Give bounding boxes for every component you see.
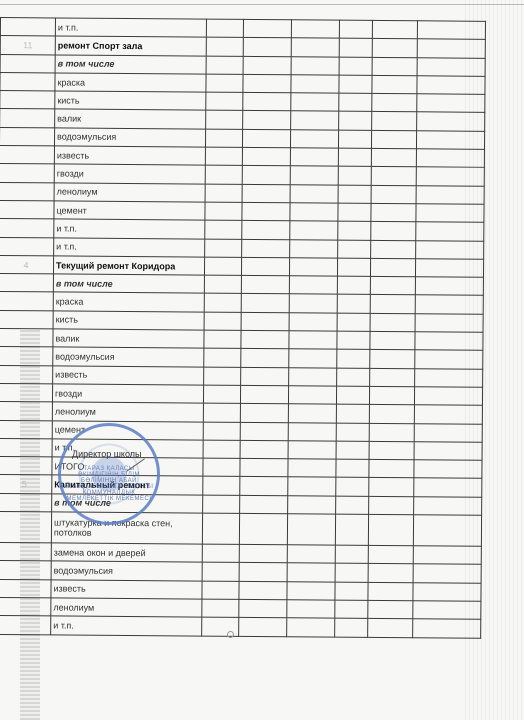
empty-cell <box>288 459 336 478</box>
empty-cell <box>416 222 484 241</box>
empty-cell <box>203 422 240 441</box>
empty-cell <box>415 277 483 296</box>
empty-cell <box>240 477 288 496</box>
empty-cell <box>415 314 483 333</box>
empty-cell <box>368 619 413 638</box>
empty-cell <box>287 618 335 637</box>
empty-cell <box>239 563 287 582</box>
empty-cell <box>291 111 339 130</box>
empty-cell <box>370 368 415 387</box>
empty-cell <box>372 57 417 76</box>
empty-cell <box>413 546 481 565</box>
empty-cell <box>371 130 416 149</box>
empty-cell <box>338 203 371 222</box>
row-item-name: водоэмульсия <box>53 347 204 366</box>
empty-cell <box>413 601 481 620</box>
row-number <box>0 292 53 311</box>
empty-cell <box>290 184 338 203</box>
empty-cell <box>339 75 372 94</box>
row-item-name: и т.п. <box>54 219 205 238</box>
row-item-name: кисть <box>55 91 206 110</box>
row-number: 5 <box>0 475 52 494</box>
empty-cell <box>289 349 337 368</box>
row-item-name: краска <box>55 73 206 92</box>
empty-cell <box>239 599 287 618</box>
empty-cell <box>202 513 239 544</box>
empty-cell <box>336 459 369 478</box>
row-number: 4 <box>0 255 54 274</box>
empty-cell <box>206 74 243 93</box>
empty-cell <box>206 56 243 75</box>
empty-cell <box>239 513 287 544</box>
empty-cell <box>415 332 483 351</box>
empty-cell <box>371 240 416 259</box>
empty-cell <box>290 239 338 258</box>
empty-cell <box>203 385 240 404</box>
empty-cell <box>204 257 241 276</box>
row-item-name: краска <box>53 292 204 311</box>
empty-cell <box>338 221 371 240</box>
empty-cell <box>206 37 243 56</box>
empty-cell <box>370 313 415 332</box>
row-number <box>0 438 52 457</box>
empty-cell <box>368 600 413 619</box>
scan-dot <box>227 631 234 638</box>
empty-cell <box>241 257 289 276</box>
empty-cell <box>335 582 368 601</box>
empty-cell <box>243 56 291 75</box>
row-item-name: и т.п. <box>51 616 202 635</box>
empty-cell <box>416 185 484 204</box>
empty-cell <box>240 459 288 478</box>
empty-cell <box>338 130 371 149</box>
row-number <box>0 274 53 293</box>
empty-cell <box>368 514 413 545</box>
empty-cell <box>368 545 413 564</box>
empty-cell <box>372 39 417 58</box>
empty-cell <box>339 112 372 131</box>
empty-cell <box>417 76 485 95</box>
empty-cell <box>335 618 368 637</box>
row-item-name: цемент <box>54 201 205 220</box>
empty-cell <box>335 545 368 564</box>
empty-cell <box>203 458 240 477</box>
empty-cell <box>415 350 483 369</box>
empty-cell <box>243 74 291 93</box>
empty-cell <box>337 295 370 314</box>
empty-cell <box>241 312 289 331</box>
empty-cell <box>290 166 338 185</box>
row-number: 11 <box>0 36 55 55</box>
row-number <box>0 310 53 329</box>
empty-cell <box>370 258 415 277</box>
row-number <box>0 402 52 421</box>
empty-cell <box>417 112 485 131</box>
empty-cell <box>369 496 414 515</box>
empty-cell <box>202 581 239 600</box>
empty-cell <box>205 129 242 148</box>
empty-cell <box>368 582 413 601</box>
empty-cell <box>288 422 336 441</box>
empty-cell <box>336 423 369 442</box>
empty-cell <box>372 20 417 39</box>
empty-cell <box>338 240 371 259</box>
empty-cell <box>241 276 289 295</box>
empty-cell <box>416 240 484 259</box>
empty-cell <box>242 184 290 203</box>
row-item-name: и т.п. <box>54 237 205 256</box>
row-number <box>0 616 51 635</box>
row-item-name: и т.п. <box>55 18 206 37</box>
empty-cell <box>287 514 335 545</box>
empty-cell <box>338 185 371 204</box>
empty-cell <box>369 386 414 405</box>
empty-cell <box>204 275 241 294</box>
empty-cell <box>287 563 335 582</box>
row-item-name: водоэмульсия <box>54 128 205 147</box>
empty-cell <box>241 367 289 386</box>
empty-cell <box>288 441 336 460</box>
empty-cell <box>413 619 481 638</box>
empty-cell <box>415 259 483 278</box>
empty-cell <box>337 331 370 350</box>
row-item-name: известь <box>53 366 204 385</box>
empty-cell <box>290 203 338 222</box>
row-item-name: валик <box>53 329 204 348</box>
empty-cell <box>288 477 336 496</box>
empty-cell <box>371 167 416 186</box>
empty-cell <box>287 600 335 619</box>
empty-cell <box>291 38 339 57</box>
empty-cell <box>205 147 242 166</box>
empty-cell <box>205 184 242 203</box>
empty-cell <box>335 514 368 545</box>
stamp-text: ТАРАЗ ҚАЛАСЫ ӘКІМДІГІНІҢ БІЛІМ БӨЛІМІНІҢ… <box>63 466 155 502</box>
empty-cell <box>417 39 485 58</box>
empty-cell <box>239 581 287 600</box>
empty-cell <box>414 423 482 442</box>
row-item-name: известь <box>51 580 202 599</box>
empty-cell <box>242 221 290 240</box>
row-number <box>0 329 53 348</box>
row-item-name: ленолиум <box>52 402 203 421</box>
row-number <box>0 164 54 183</box>
empty-cell <box>371 148 416 167</box>
empty-cell <box>287 545 335 564</box>
row-number <box>0 347 53 366</box>
empty-cell <box>368 564 413 583</box>
empty-cell <box>290 130 338 149</box>
empty-cell <box>243 19 291 38</box>
official-stamp: ТАРАЗ ҚАЛАСЫ ӘКІМДІГІНІҢ БІЛІМ БӨЛІМІНІҢ… <box>58 423 160 525</box>
empty-cell <box>338 148 371 167</box>
empty-cell <box>289 367 337 386</box>
empty-cell <box>339 20 372 39</box>
row-number <box>0 18 55 37</box>
row-item-name: ленолиум <box>54 183 205 202</box>
empty-cell <box>243 111 291 130</box>
row-number <box>0 146 54 165</box>
empty-cell <box>203 440 240 459</box>
empty-cell <box>369 460 414 479</box>
row-number <box>0 365 53 384</box>
empty-cell <box>416 204 484 223</box>
row-number <box>0 219 54 238</box>
empty-cell <box>339 93 372 112</box>
empty-cell <box>204 348 241 367</box>
empty-cell <box>414 442 482 461</box>
empty-cell <box>339 38 372 57</box>
row-item-name: ленолиум <box>51 598 202 617</box>
expense-table: и т.п.11ремонт Спорт залав том числекрас… <box>0 17 486 638</box>
empty-cell <box>415 295 483 314</box>
row-number <box>0 512 52 543</box>
empty-cell <box>417 94 485 113</box>
row-number <box>0 200 54 219</box>
empty-cell <box>336 478 369 497</box>
empty-cell <box>241 349 289 368</box>
empty-cell <box>239 544 287 563</box>
empty-cell <box>337 276 370 295</box>
empty-cell <box>204 294 241 313</box>
empty-cell <box>288 495 336 514</box>
empty-cell <box>369 441 414 460</box>
row-number <box>0 54 55 73</box>
empty-cell <box>287 581 335 600</box>
row-number <box>0 383 53 402</box>
empty-cell <box>416 131 484 150</box>
empty-cell <box>205 220 242 239</box>
empty-cell <box>242 239 290 258</box>
row-number <box>0 237 54 256</box>
empty-cell <box>205 239 242 258</box>
empty-cell <box>241 294 289 313</box>
row-number <box>0 597 51 616</box>
row-number <box>0 561 51 580</box>
row-number <box>0 127 55 146</box>
empty-cell <box>288 404 336 423</box>
empty-cell <box>336 496 369 515</box>
row-item-name: ремонт Спорт зала <box>55 36 206 55</box>
row-number <box>0 543 51 562</box>
empty-cell <box>370 277 415 296</box>
empty-cell <box>203 477 240 496</box>
empty-cell <box>335 600 368 619</box>
empty-cell <box>370 295 415 314</box>
empty-cell <box>371 203 416 222</box>
empty-cell <box>413 582 481 601</box>
empty-cell <box>289 276 337 295</box>
row-item-name: кисть <box>53 311 204 330</box>
empty-cell <box>202 544 239 563</box>
empty-cell <box>336 441 369 460</box>
empty-cell <box>414 478 482 497</box>
row-number <box>0 493 52 512</box>
row-item-name: в том числе <box>55 55 206 74</box>
empty-cell <box>202 562 239 581</box>
empty-cell <box>370 350 415 369</box>
empty-cell <box>242 202 290 221</box>
empty-cell <box>206 111 243 130</box>
empty-cell <box>415 368 483 387</box>
empty-cell <box>289 294 337 313</box>
row-number <box>0 579 51 598</box>
empty-cell <box>206 19 243 38</box>
empty-cell <box>291 20 339 39</box>
empty-cell <box>371 222 416 241</box>
empty-cell <box>337 313 370 332</box>
row-number <box>0 182 54 201</box>
empty-cell <box>369 478 414 497</box>
empty-cell <box>337 368 370 387</box>
empty-cell <box>240 404 288 423</box>
row-item-name: валик <box>55 109 206 128</box>
empty-cell <box>242 166 290 185</box>
empty-cell <box>371 185 416 204</box>
empty-cell <box>369 405 414 424</box>
empty-cell <box>240 440 288 459</box>
empty-cell <box>239 618 287 637</box>
row-item-name: замена окон и дверей <box>51 543 202 562</box>
empty-cell <box>205 202 242 221</box>
empty-cell <box>370 331 415 350</box>
row-item-name: водоэмульсия <box>51 561 202 580</box>
empty-cell <box>206 92 243 111</box>
row-item-name: Текущий ремонт Коридора <box>53 256 204 275</box>
empty-cell <box>289 313 337 332</box>
empty-cell <box>417 21 485 40</box>
empty-cell <box>337 258 370 277</box>
table-row: и т.п. <box>0 616 481 638</box>
empty-cell <box>288 386 336 405</box>
empty-cell <box>202 599 239 618</box>
table-row: штукатурка и покраска стен, потолков <box>0 512 482 547</box>
row-number <box>0 420 52 439</box>
empty-cell <box>205 165 242 184</box>
empty-cell <box>413 564 481 583</box>
empty-cell <box>291 56 339 75</box>
empty-cell <box>414 460 482 479</box>
empty-cell <box>204 367 241 386</box>
row-item-name: гвозди <box>52 384 203 403</box>
row-number <box>0 91 55 110</box>
empty-cell <box>203 403 240 422</box>
empty-cell <box>414 496 482 515</box>
empty-cell <box>339 57 372 76</box>
empty-cell <box>289 258 337 277</box>
empty-cell <box>290 148 338 167</box>
empty-cell <box>242 147 290 166</box>
row-number <box>0 457 52 476</box>
empty-cell <box>336 404 369 423</box>
empty-cell <box>243 93 291 112</box>
row-item-name: гвозди <box>54 164 205 183</box>
empty-cell <box>291 75 339 94</box>
empty-cell <box>416 149 484 168</box>
empty-cell <box>240 385 288 404</box>
empty-cell <box>203 495 240 514</box>
empty-cell <box>240 495 288 514</box>
empty-cell <box>336 386 369 405</box>
empty-cell <box>414 387 482 406</box>
empty-cell <box>241 330 289 349</box>
empty-cell <box>204 330 241 349</box>
row-number <box>0 109 55 128</box>
row-number <box>0 72 55 91</box>
empty-cell <box>416 167 484 186</box>
empty-cell <box>240 422 288 441</box>
empty-cell <box>337 349 370 368</box>
empty-cell <box>413 515 481 547</box>
empty-cell <box>204 312 241 331</box>
empty-cell <box>242 129 290 148</box>
row-item-name: в том числе <box>53 274 204 293</box>
empty-cell <box>414 405 482 424</box>
empty-cell <box>243 38 291 57</box>
empty-cell <box>291 93 339 112</box>
empty-cell <box>372 94 417 113</box>
page-top-edge <box>0 4 524 5</box>
empty-cell <box>335 563 368 582</box>
empty-cell <box>372 75 417 94</box>
empty-cell <box>369 423 414 442</box>
empty-cell <box>290 221 338 240</box>
empty-cell <box>372 112 417 131</box>
empty-cell <box>417 57 485 76</box>
empty-cell <box>338 167 371 186</box>
empty-cell <box>289 331 337 350</box>
row-item-name: известь <box>54 146 205 165</box>
